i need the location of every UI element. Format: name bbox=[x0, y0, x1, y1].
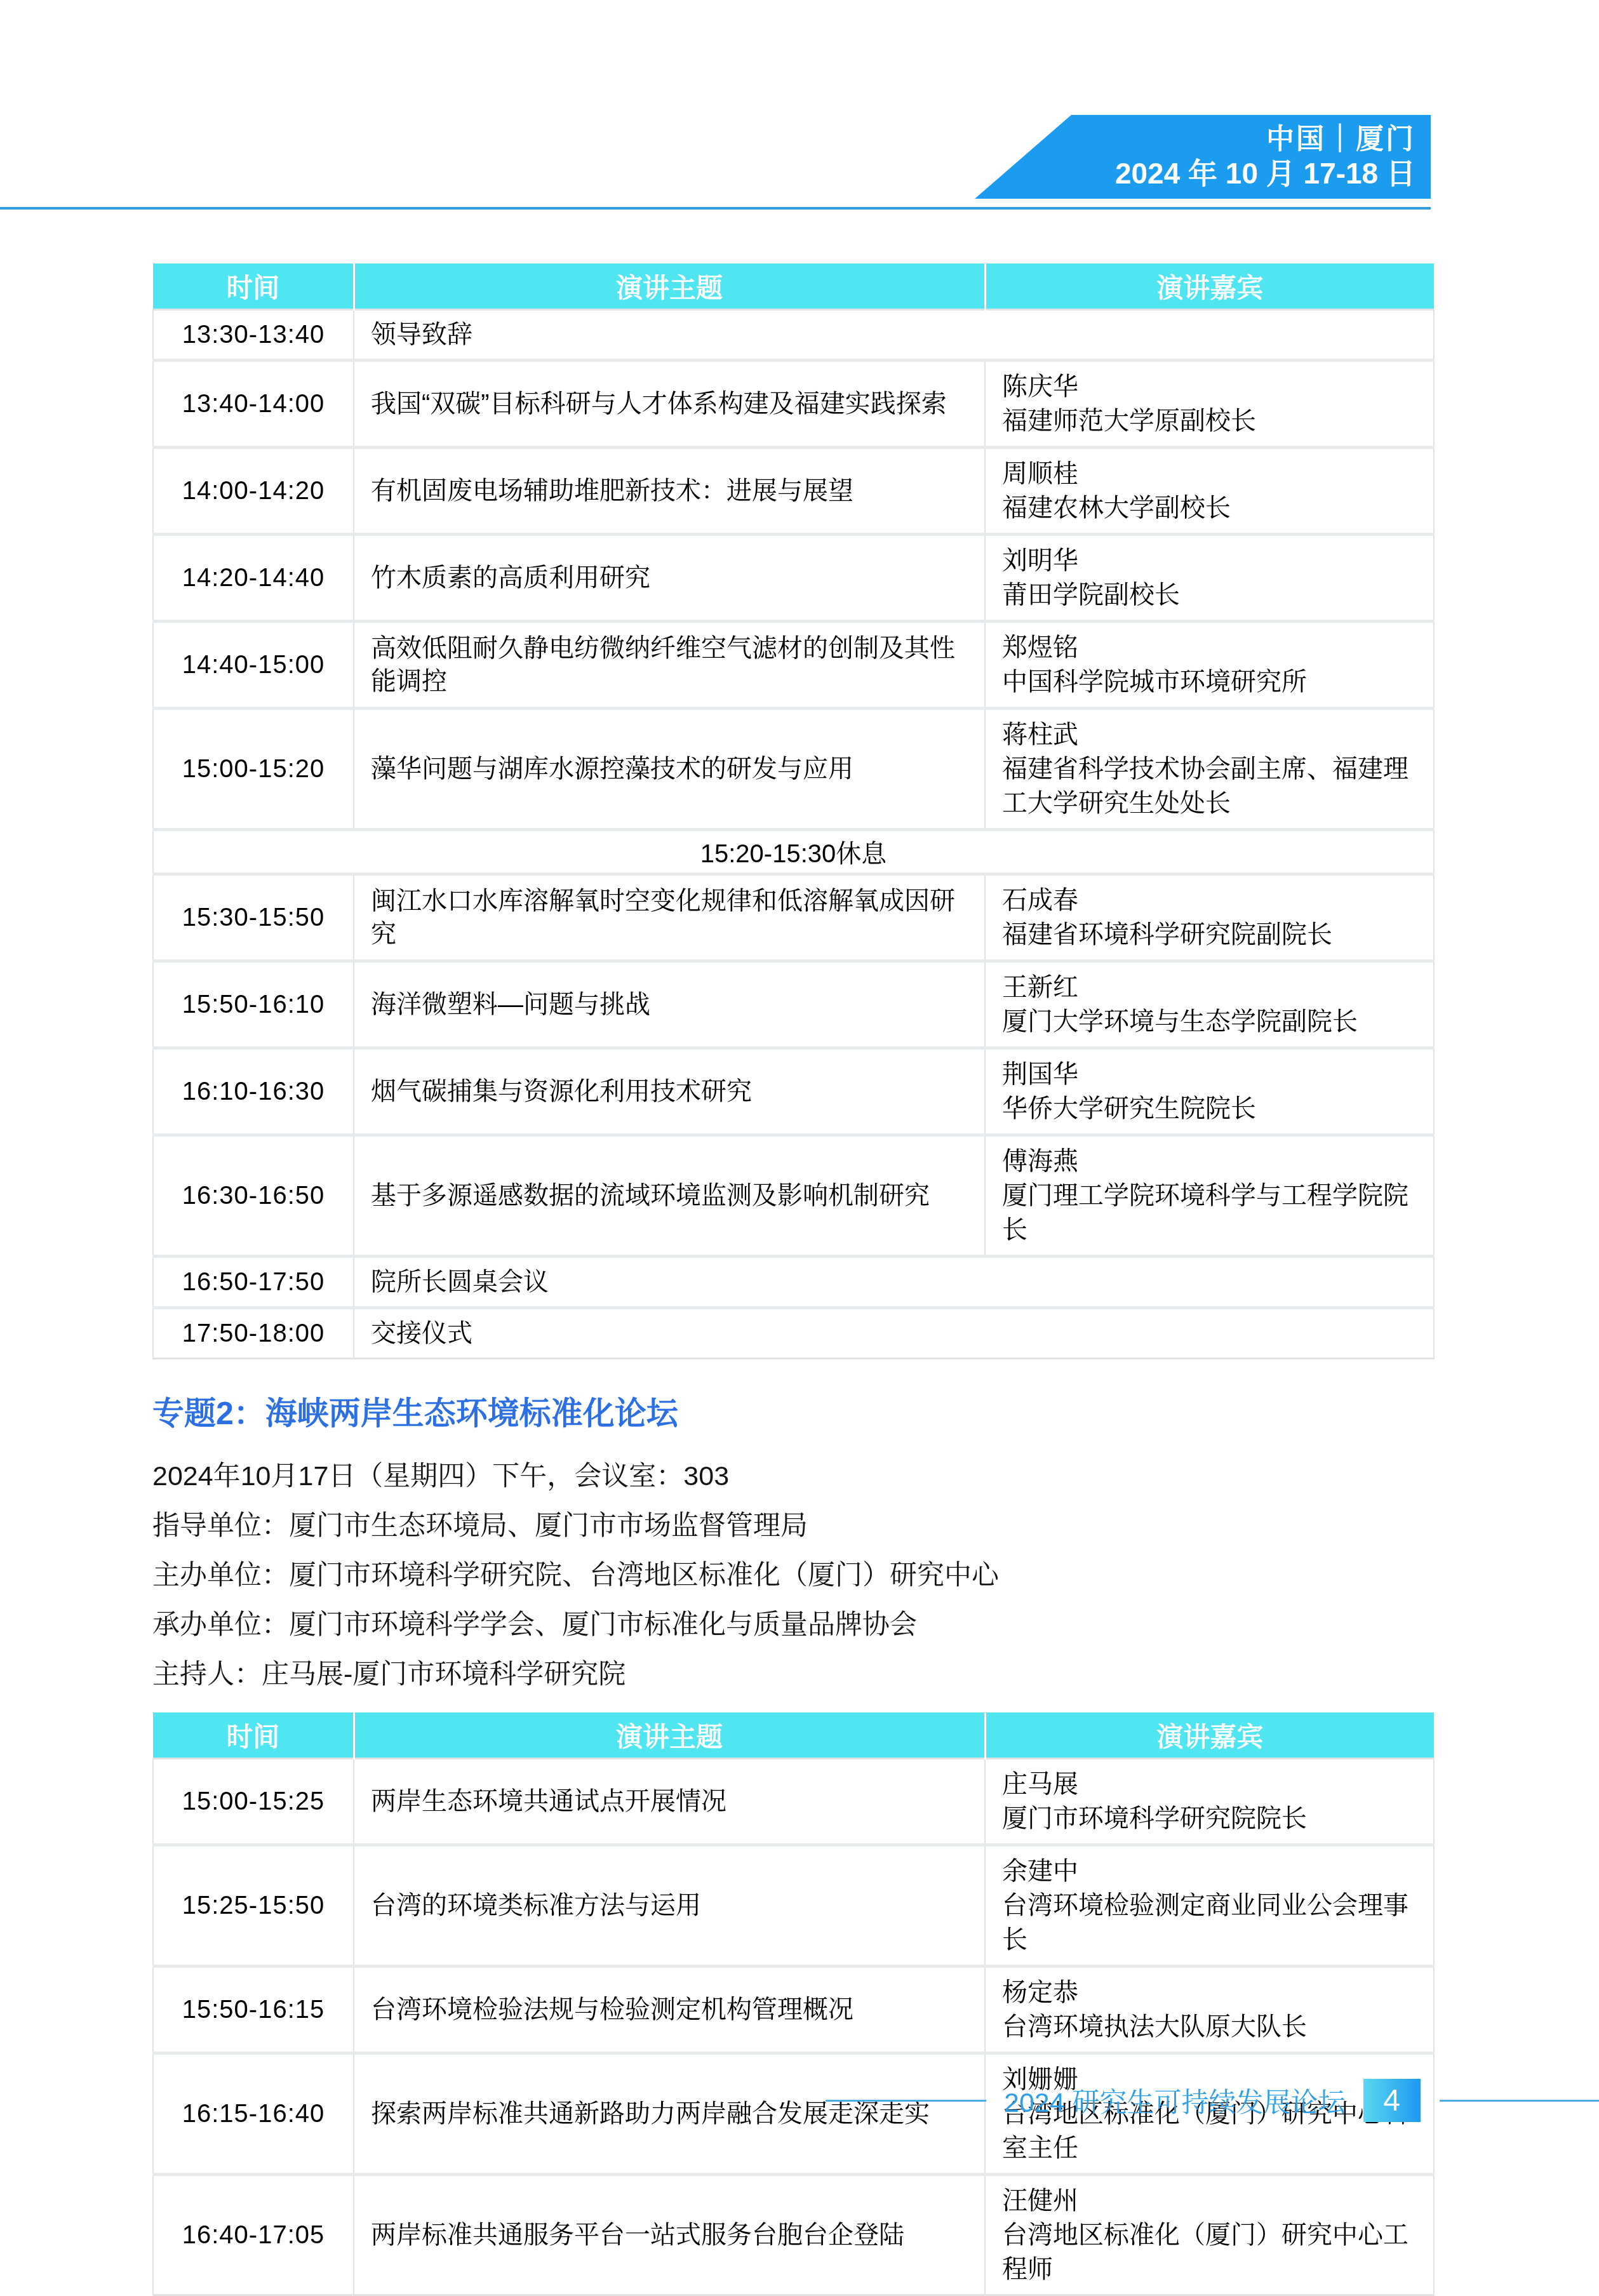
session-time: 15:50-16:15 bbox=[153, 1966, 354, 2053]
page-content: 时间 演讲主题 演讲嘉宾 13:30-13:40 领导致辞 13:40-14:0… bbox=[152, 264, 1433, 2296]
session2-info: 2024年10月17日（星期四）下午，会议室：303 指导单位：厦门市生态环境局… bbox=[152, 1461, 1433, 1690]
talk-topic: 高效低阻耐久静电纺微纳纤维空气滤材的创制及其性能调控 bbox=[354, 622, 985, 709]
session2-moderator: 主持人：庄马展-厦门市环境科学研究院 bbox=[152, 1659, 1433, 1690]
session-time: 13:30-13:40 bbox=[153, 310, 354, 361]
speaker-name: 石成春 bbox=[1002, 883, 1424, 918]
event-location-banner: 中国｜厦门 2024 年 10 月 17-18 日 bbox=[975, 115, 1431, 199]
banner-location: 中国｜厦门 bbox=[975, 123, 1415, 156]
speaker-name: 蒋柱武 bbox=[1002, 717, 1424, 752]
session2-agenda-table: 时间 演讲主题 演讲嘉宾 15:00-15:25 两岸生态环境共通试点开展情况 … bbox=[152, 1712, 1435, 2296]
talk-topic: 领导致辞 bbox=[354, 310, 1434, 361]
table-row: 17:50-18:00 交接仪式 bbox=[153, 1308, 1434, 1359]
header-rule bbox=[0, 207, 1431, 210]
talk-topic: 台湾环境检验法规与检验测定机构管理概况 bbox=[354, 1966, 985, 2053]
talk-speaker: 王新红 厦门大学环境与生态学院副院长 bbox=[985, 961, 1434, 1048]
talk-topic: 基于多源遥感数据的流域环境监测及影响机制研究 bbox=[354, 1135, 985, 1257]
speaker-title: 莆田学院副校长 bbox=[1002, 578, 1424, 612]
speaker-title: 厦门市环境科学研究院院长 bbox=[1002, 1801, 1424, 1836]
table-header-row: 时间 演讲主题 演讲嘉宾 bbox=[153, 264, 1434, 310]
talk-speaker: 余建中 台湾环境检验测定商业同业公会理事长 bbox=[985, 1845, 1434, 1966]
footer-rule-left bbox=[826, 2100, 986, 2102]
table-row: 14:20-14:40 竹木质素的高质利用研究 刘明华 莆田学院副校长 bbox=[153, 535, 1434, 622]
speaker-name: 汪健州 bbox=[1002, 2184, 1424, 2218]
col-header-topic: 演讲主题 bbox=[354, 264, 985, 310]
col-header-time: 时间 bbox=[153, 264, 354, 310]
session-time: 15:30-15:50 bbox=[153, 874, 354, 961]
talk-topic: 我国“双碳”目标科研与人才体系构建及福建实践探索 bbox=[354, 361, 985, 448]
session-time: 14:20-14:40 bbox=[153, 535, 354, 622]
table-row: 15:50-16:10 海洋微塑料—问题与挑战 王新红 厦门大学环境与生态学院副… bbox=[153, 961, 1434, 1048]
session-time: 16:40-17:05 bbox=[153, 2175, 354, 2295]
session-time: 15:25-15:50 bbox=[153, 1845, 354, 1966]
speaker-name: 余建中 bbox=[1002, 1854, 1424, 1888]
speaker-title: 华侨大学研究生院院长 bbox=[1002, 1091, 1424, 1126]
table-header-row: 时间 演讲主题 演讲嘉宾 bbox=[153, 1712, 1434, 1759]
session2-organizer: 承办单位：厦门市环境科学学会、厦门市标准化与质量品牌协会 bbox=[152, 1610, 1433, 1640]
talk-topic: 藻华问题与湖库水源控藻技术的研发与应用 bbox=[354, 709, 985, 830]
table-row: 13:30-13:40 领导致辞 bbox=[153, 310, 1434, 361]
speaker-title: 中国科学院城市环境研究所 bbox=[1002, 665, 1424, 699]
col-header-time: 时间 bbox=[153, 1712, 354, 1759]
speaker-title: 福建省科学技术协会副主席、福建理工大学研究生处处长 bbox=[1002, 752, 1424, 820]
session-time: 15:50-16:10 bbox=[153, 961, 354, 1048]
session-time: 15:00-15:25 bbox=[153, 1759, 354, 1845]
page-footer: 2024 研究生可持续发展论坛 4 bbox=[0, 2079, 1599, 2122]
speaker-title: 台湾环境检验测定商业同业公会理事长 bbox=[1002, 1888, 1424, 1957]
talk-speaker: 石成春 福建省环境科学研究院副院长 bbox=[985, 874, 1434, 961]
talk-speaker: 蒋柱武 福建省科学技术协会副主席、福建理工大学研究生处处长 bbox=[985, 709, 1434, 830]
table-row: 13:40-14:00 我国“双碳”目标科研与人才体系构建及福建实践探索 陈庆华… bbox=[153, 361, 1434, 448]
session-time: 15:00-15:20 bbox=[153, 709, 354, 830]
table-row: 15:00-15:25 两岸生态环境共通试点开展情况 庄马展 厦门市环境科学研究… bbox=[153, 1759, 1434, 1845]
banner-dates: 2024 年 10 月 17-18 日 bbox=[975, 156, 1415, 190]
speaker-title: 福建师范大学原副校长 bbox=[1002, 404, 1424, 438]
session-time: 14:40-15:00 bbox=[153, 622, 354, 709]
break-row: 15:20-15:30休息 bbox=[153, 830, 1434, 874]
talk-topic: 院所长圆桌会议 bbox=[354, 1257, 1434, 1308]
speaker-title: 福建省环境科学研究院副院长 bbox=[1002, 918, 1424, 952]
table-row: 16:40-17:05 两岸标准共通服务平台一站式服务台胞台企登陆 汪健州 台湾… bbox=[153, 2175, 1434, 2295]
speaker-name: 刘明华 bbox=[1002, 544, 1424, 578]
talk-speaker: 傅海燕 厦门理工学院环境科学与工程学院院长 bbox=[985, 1135, 1434, 1257]
session2-heading: 专题2：海峡两岸生态环境标准化论坛 bbox=[152, 1395, 1433, 1432]
talk-speaker: 刘明华 莆田学院副校长 bbox=[985, 535, 1434, 622]
footer-rule-right bbox=[1440, 2100, 1599, 2102]
talk-speaker: 周顺桂 福建农林大学副校长 bbox=[985, 448, 1434, 535]
talk-topic: 有机固废电场辅助堆肥新技术：进展与展望 bbox=[354, 448, 985, 535]
break-label: 15:20-15:30休息 bbox=[153, 830, 1434, 874]
talk-topic: 台湾的环境类标准方法与运用 bbox=[354, 1845, 985, 1966]
talk-speaker: 郑煜铭 中国科学院城市环境研究所 bbox=[985, 622, 1434, 709]
col-header-speaker: 演讲嘉宾 bbox=[985, 264, 1434, 310]
session-time: 16:30-16:50 bbox=[153, 1135, 354, 1257]
speaker-title: 厦门大学环境与生态学院副院长 bbox=[1002, 1005, 1424, 1039]
speaker-title: 厦门理工学院环境科学与工程学院院长 bbox=[1002, 1178, 1424, 1247]
talk-topic: 烟气碳捕集与资源化利用技术研究 bbox=[354, 1048, 985, 1135]
speaker-title: 台湾环境执法大队原大队长 bbox=[1002, 2010, 1424, 2044]
speaker-name: 庄马展 bbox=[1002, 1767, 1424, 1801]
talk-speaker: 荆国华 华侨大学研究生院院长 bbox=[985, 1048, 1434, 1135]
footer-forum-title: 2024 研究生可持续发展论坛 bbox=[1004, 2081, 1346, 2120]
session-time: 16:10-16:30 bbox=[153, 1048, 354, 1135]
table-row: 15:00-15:20 藻华问题与湖库水源控藻技术的研发与应用 蒋柱武 福建省科… bbox=[153, 709, 1434, 830]
speaker-name: 王新红 bbox=[1002, 970, 1424, 1005]
talk-speaker: 杨定恭 台湾环境执法大队原大队长 bbox=[985, 1966, 1434, 2053]
table-row: 14:40-15:00 高效低阻耐久静电纺微纳纤维空气滤材的创制及其性能调控 郑… bbox=[153, 622, 1434, 709]
session2-guidance-org: 指导单位：厦门市生态环境局、厦门市市场监督管理局 bbox=[152, 1511, 1433, 1541]
table-row: 16:10-16:30 烟气碳捕集与资源化利用技术研究 荆国华 华侨大学研究生院… bbox=[153, 1048, 1434, 1135]
talk-topic: 海洋微塑料—问题与挑战 bbox=[354, 961, 985, 1048]
speaker-name: 傅海燕 bbox=[1002, 1144, 1424, 1178]
table-row: 16:30-16:50 基于多源遥感数据的流域环境监测及影响机制研究 傅海燕 厦… bbox=[153, 1135, 1434, 1257]
speaker-name: 荆国华 bbox=[1002, 1057, 1424, 1091]
session-time: 16:50-17:50 bbox=[153, 1257, 354, 1308]
speaker-title: 台湾地区标准化（厦门）研究中心工程师 bbox=[1002, 2218, 1424, 2286]
speaker-name: 郑煜铭 bbox=[1002, 631, 1424, 665]
session-time: 17:50-18:00 bbox=[153, 1308, 354, 1359]
talk-speaker: 陈庆华 福建师范大学原副校长 bbox=[985, 361, 1434, 448]
speaker-name: 周顺桂 bbox=[1002, 457, 1424, 491]
col-header-topic: 演讲主题 bbox=[354, 1712, 985, 1759]
session1-agenda-table: 时间 演讲主题 演讲嘉宾 13:30-13:40 领导致辞 13:40-14:0… bbox=[152, 264, 1435, 1359]
table-row: 15:25-15:50 台湾的环境类标准方法与运用 余建中 台湾环境检验测定商业… bbox=[153, 1845, 1434, 1966]
col-header-speaker: 演讲嘉宾 bbox=[985, 1712, 1434, 1759]
session2-host-org: 主办单位：厦门市环境科学研究院、台湾地区标准化（厦门）研究中心 bbox=[152, 1560, 1433, 1591]
speaker-name: 陈庆华 bbox=[1002, 370, 1424, 404]
talk-speaker: 庄马展 厦门市环境科学研究院院长 bbox=[985, 1759, 1434, 1845]
table-row: 14:00-14:20 有机固废电场辅助堆肥新技术：进展与展望 周顺桂 福建农林… bbox=[153, 448, 1434, 535]
session2-datetime: 2024年10月17日（星期四）下午，会议室：303 bbox=[152, 1461, 1433, 1492]
talk-speaker: 汪健州 台湾地区标准化（厦门）研究中心工程师 bbox=[985, 2175, 1434, 2295]
talk-topic: 两岸标准共通服务平台一站式服务台胞台企登陆 bbox=[354, 2175, 985, 2295]
talk-topic: 两岸生态环境共通试点开展情况 bbox=[354, 1759, 985, 1845]
session-time: 14:00-14:20 bbox=[153, 448, 354, 535]
speaker-name: 杨定恭 bbox=[1002, 1975, 1424, 2010]
table-row: 16:50-17:50 院所长圆桌会议 bbox=[153, 1257, 1434, 1308]
talk-topic: 交接仪式 bbox=[354, 1308, 1434, 1359]
session2-table-wrap: 时间 演讲主题 演讲嘉宾 15:00-15:25 两岸生态环境共通试点开展情况 … bbox=[152, 1712, 1433, 2296]
table-row: 15:30-15:50 闽江水口水库溶解氧时空变化规律和低溶解氧成因研究 石成春… bbox=[153, 874, 1434, 961]
speaker-title: 福建农林大学副校长 bbox=[1002, 491, 1424, 525]
talk-topic: 竹木质素的高质利用研究 bbox=[354, 535, 985, 622]
table-row: 15:50-16:15 台湾环境检验法规与检验测定机构管理概况 杨定恭 台湾环境… bbox=[153, 1966, 1434, 2053]
talk-topic: 闽江水口水库溶解氧时空变化规律和低溶解氧成因研究 bbox=[354, 874, 985, 961]
page-number-badge: 4 bbox=[1363, 2079, 1421, 2122]
session-time: 13:40-14:00 bbox=[153, 361, 354, 448]
